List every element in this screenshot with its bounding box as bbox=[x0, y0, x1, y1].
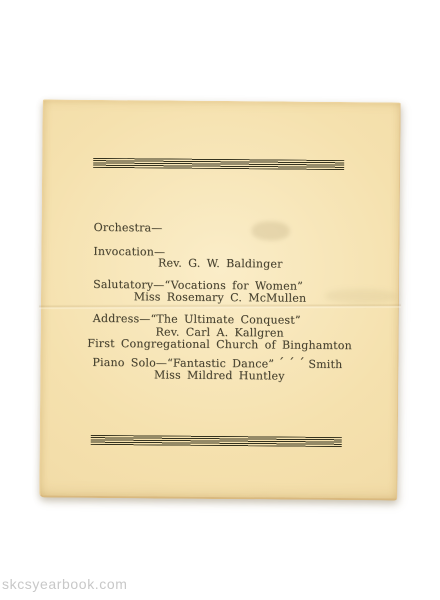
salutatory-performer: Miss Rosemary C. McMullen bbox=[42, 290, 398, 305]
program-card: Orchestra— Invocation— Rev. G. W. Baldin… bbox=[39, 99, 400, 500]
decorative-rule-top bbox=[93, 158, 344, 170]
decorative-rule-bottom bbox=[91, 435, 342, 447]
address-affiliation: First Congregational Church of Binghamto… bbox=[42, 337, 398, 352]
piano-solo-composer: Smith bbox=[308, 359, 342, 371]
separator-tick: ´ bbox=[278, 359, 285, 370]
scan-background: Orchestra— Invocation— Rev. G. W. Baldin… bbox=[0, 0, 440, 600]
invocation-performer: Rev. G. W. Baldinger bbox=[42, 256, 398, 271]
ink-smudge bbox=[252, 221, 290, 240]
program-item-address: Address—“The Ultimate Conquest” bbox=[93, 313, 301, 327]
separator-tick: ´ bbox=[298, 359, 305, 370]
program-item-orchestra: Orchestra— bbox=[94, 222, 163, 235]
piano-solo-performer: Miss Mildred Huntley bbox=[41, 368, 397, 383]
separator-tick: ´ bbox=[288, 359, 295, 370]
watermark: skcsyearbook.com bbox=[2, 576, 128, 592]
